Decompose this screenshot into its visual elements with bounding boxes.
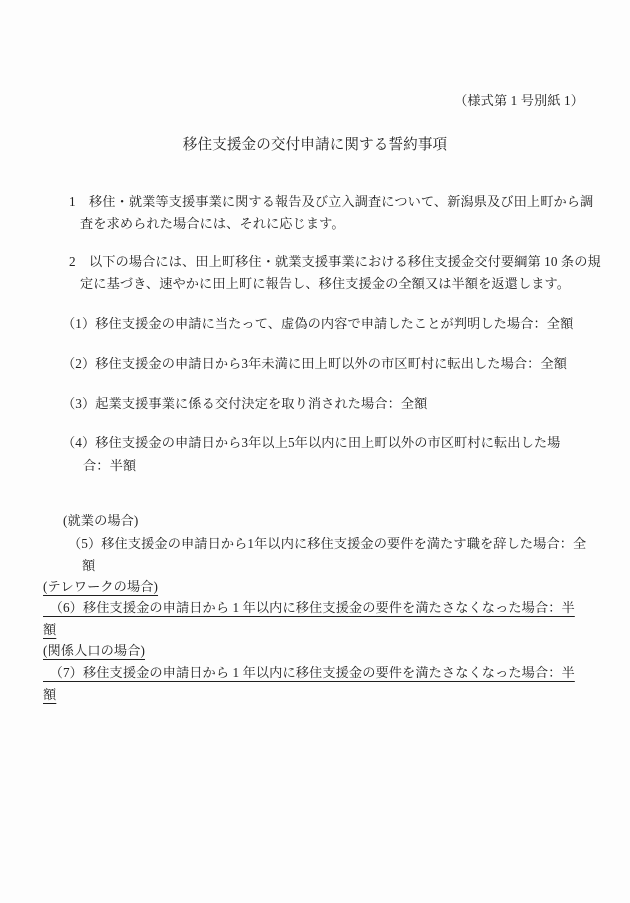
item6-line2: 額 [43, 622, 56, 638]
document-page: （様式第 1 号別紙 1） 移住支援金の交付申請に関する誓約事項 1 移住・就業… [0, 0, 630, 903]
clause1-line1: 1 移住・就業等支援事業に関する報告及び立入調査について、新潟県及び田上町から調 [69, 194, 593, 210]
item6-line1: （6）移住支援金の申請日から 1 年以内に移住支援金の要件を満たさなくなった場合… [43, 600, 575, 616]
item1-text: （1）移住支援金の申請に当たって、虚偽の内容で申請したことが判明した場合：全額 [62, 316, 573, 332]
page-title: 移住支援金の交付申請に関する誓約事項 [0, 137, 630, 153]
item3-text: （3）起業支援事業に係る交付決定を取り消された場合：全額 [62, 396, 427, 412]
clause2-line1: 2 以下の場合には、田上町移住・就業支援事業における移住支援金交付要綱第 10 … [69, 254, 601, 270]
item2-text: （2）移住支援金の申請日から3年未満に田上町以外の市区町村に転出した場合：全額 [62, 356, 567, 372]
section-label-related-population: (関係人口の場合) [43, 643, 145, 659]
item5-line2: 額 [82, 558, 95, 574]
section-label-telework: (テレワークの場合) [43, 579, 158, 595]
item7-line1: （7）移住支援金の申請日から 1 年以内に移住支援金の要件を満たさなくなった場合… [43, 665, 575, 681]
clause1-line2: 査を求められた場合には、それに応じます。 [80, 216, 345, 232]
item7-line2: 額 [43, 687, 56, 703]
item5-line1: （5）移住支援金の申請日から1年以内に移住支援金の要件を満たす職を辞した場合：全 [68, 536, 586, 552]
item4-line2: 合：半額 [83, 458, 136, 474]
item4-line1: （4）移住支援金の申請日から3年以上5年以内に田上町以外の市区町村に転出した場 [62, 435, 560, 451]
form-number-label: （様式第 1 号別紙 1） [454, 93, 584, 109]
section-label-employment: (就業の場合) [63, 513, 138, 529]
clause2-line2: 定に基づき、速やかに田上町に報告し、移住支援金の全額又は半額を返還します。 [80, 276, 570, 292]
